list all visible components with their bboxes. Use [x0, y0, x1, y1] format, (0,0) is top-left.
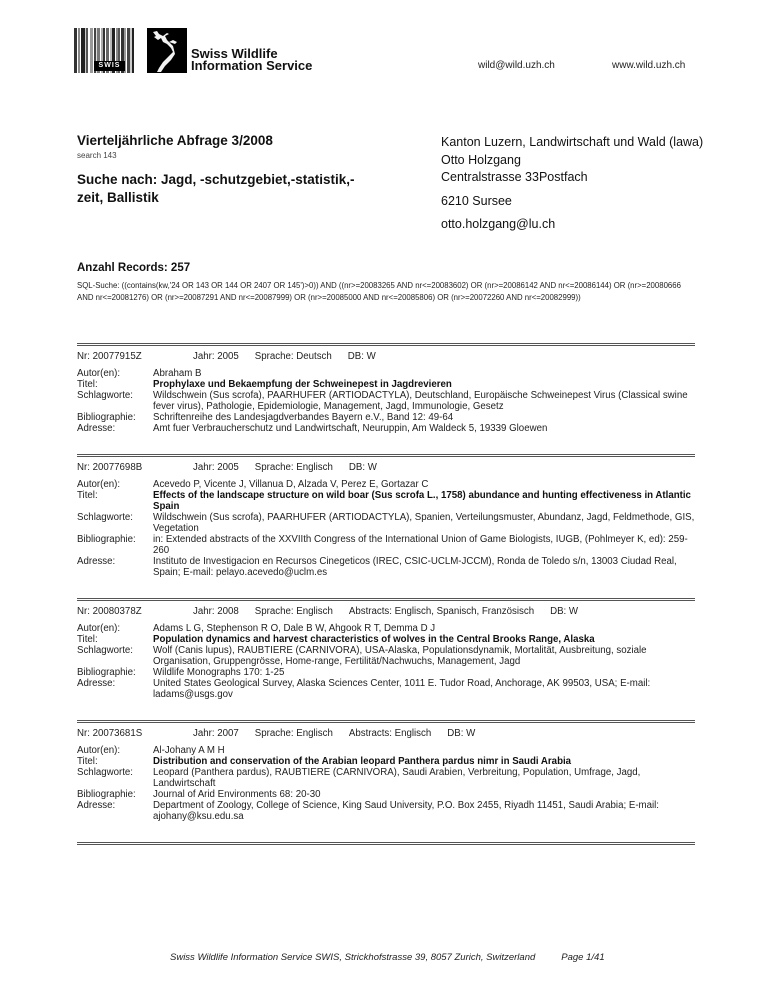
- record-authors: Acevedo P, Vicente J, Villanua D, Alzada…: [153, 479, 695, 490]
- record-number: Nr: 20080378Z: [77, 606, 177, 617]
- record-title-label: Titel:: [77, 756, 153, 767]
- record-bibliography: Wildlife Monographs 170: 1-25: [153, 667, 695, 678]
- record-header: Nr: 20077915ZJahr: 2005Sprache: DeutschD…: [77, 350, 695, 363]
- recipient-email[interactable]: otto.holzgang@lu.ch: [441, 216, 703, 234]
- record-title-row: Titel:Prophylaxe und Bekaempfung der Sch…: [77, 379, 695, 390]
- record-db: DB: W: [349, 462, 377, 473]
- record-address: United States Geological Survey, Alaska …: [153, 678, 695, 700]
- record-title-row: Titel:Distribution and conservation of t…: [77, 756, 695, 767]
- record-authors-row: Autor(en):Al-Johany A M H: [77, 745, 695, 756]
- page-footer: Swiss Wildlife Information Service SWIS,…: [170, 952, 605, 963]
- record-bibliography-row: Bibliographie:Journal of Arid Environmen…: [77, 789, 695, 800]
- record-entry: Nr: 20073681SJahr: 2007Sprache: Englisch…: [77, 720, 695, 842]
- record-keywords: Wildschwein (Sus scrofa), PAARHUFER (ART…: [153, 390, 695, 412]
- record-language: Sprache: Englisch: [255, 606, 333, 617]
- record-keywords: Wolf (Canis lupus), RAUBTIERE (CARNIVORA…: [153, 645, 695, 667]
- record-number: Nr: 20073681S: [77, 728, 177, 739]
- record-authors-label: Autor(en):: [77, 745, 153, 756]
- record-header: Nr: 20080378ZJahr: 2008Sprache: Englisch…: [77, 605, 695, 618]
- record-bibliography: in: Extended abstracts of the XXVIIth Co…: [153, 534, 695, 556]
- record-address-label: Adresse:: [77, 423, 153, 434]
- recipient-organization: Kanton Luzern, Landwirtschaft und Wald (…: [441, 134, 703, 152]
- record-authors: Adams L G, Stephenson R O, Dale B W, Ahg…: [153, 623, 695, 634]
- record-language: Sprache: Englisch: [255, 462, 333, 473]
- record-address-label: Adresse:: [77, 556, 153, 578]
- record-address-label: Adresse:: [77, 678, 153, 700]
- record-keywords-row: Schlagworte:Wildschwein (Sus scrofa), PA…: [77, 512, 695, 534]
- record-header: Nr: 20073681SJahr: 2007Sprache: Englisch…: [77, 727, 695, 740]
- records-end-divider: [77, 842, 695, 845]
- record-year: Jahr: 2008: [193, 606, 239, 617]
- recipient-city: 6210 Sursee: [441, 193, 703, 211]
- record-keywords-label: Schlagworte:: [77, 645, 153, 667]
- record-number: Nr: 20077698B: [77, 462, 177, 473]
- record-year: Jahr: 2005: [193, 351, 239, 362]
- record-language: Sprache: Deutsch: [255, 351, 332, 362]
- record-title: Distribution and conservation of the Ara…: [153, 756, 695, 767]
- record-keywords-label: Schlagworte:: [77, 512, 153, 534]
- query-subtitle: search 143: [77, 151, 117, 160]
- record-address-label: Adresse:: [77, 800, 153, 822]
- record-authors-label: Autor(en):: [77, 479, 153, 490]
- record-title-label: Titel:: [77, 490, 153, 512]
- record-db: DB: W: [348, 351, 376, 362]
- record-keywords-row: Schlagworte:Wildschwein (Sus scrofa), PA…: [77, 390, 695, 412]
- header-website-link[interactable]: www.wild.uzh.ch: [612, 60, 685, 71]
- record-title-label: Titel:: [77, 379, 153, 390]
- record-keywords-row: Schlagworte:Wolf (Canis lupus), RAUBTIER…: [77, 645, 695, 667]
- record-bibliography: Journal of Arid Environments 68: 20-30: [153, 789, 695, 800]
- record-authors-row: Autor(en):Abraham B: [77, 368, 695, 379]
- record-address-row: Adresse:United States Geological Survey,…: [77, 678, 695, 700]
- swis-tag: SWIS: [94, 61, 125, 71]
- record-authors-row: Autor(en):Adams L G, Stephenson R O, Dal…: [77, 623, 695, 634]
- footer-address: Swiss Wildlife Information Service SWIS,…: [170, 952, 535, 963]
- record-title: Prophylaxe und Bekaempfung der Schweinep…: [153, 379, 695, 390]
- record-address: Amt fuer Verbraucherschutz und Landwirts…: [153, 423, 695, 434]
- record-authors-label: Autor(en):: [77, 368, 153, 379]
- barcode-logo-icon: SWIS: [74, 28, 144, 73]
- record-language: Sprache: Englisch: [255, 728, 333, 739]
- record-title-row: Titel:Effects of the landscape structure…: [77, 490, 695, 512]
- record-year: Jahr: 2007: [193, 728, 239, 739]
- record-authors-row: Autor(en):Acevedo P, Vicente J, Villanua…: [77, 479, 695, 490]
- record-title: Effects of the landscape structure on wi…: [153, 490, 695, 512]
- record-bibliography-label: Bibliographie:: [77, 534, 153, 556]
- record-entry: Nr: 20077915ZJahr: 2005Sprache: DeutschD…: [77, 343, 695, 454]
- record-header: Nr: 20077698BJahr: 2005Sprache: Englisch…: [77, 461, 695, 474]
- record-authors: Al-Johany A M H: [153, 745, 695, 756]
- recipient-name: Otto Holzgang: [441, 152, 703, 170]
- record-year: Jahr: 2005: [193, 462, 239, 473]
- record-keywords-label: Schlagworte:: [77, 767, 153, 789]
- recipient-address: Kanton Luzern, Landwirtschaft und Wald (…: [441, 134, 703, 234]
- record-keywords: Wildschwein (Sus scrofa), PAARHUFER (ART…: [153, 512, 695, 534]
- record-authors: Abraham B: [153, 368, 695, 379]
- record-title-label: Titel:: [77, 634, 153, 645]
- record-bibliography-label: Bibliographie:: [77, 789, 153, 800]
- record-abstracts: Abstracts: Englisch: [349, 728, 431, 739]
- recipient-street: Centralstrasse 33Postfach: [441, 169, 703, 187]
- record-keywords-row: Schlagworte:Leopard (Panthera pardus), R…: [77, 767, 695, 789]
- record-entry: Nr: 20080378ZJahr: 2008Sprache: Englisch…: [77, 598, 695, 720]
- record-address-row: Adresse:Department of Zoology, College o…: [77, 800, 695, 822]
- record-db: DB: W: [447, 728, 475, 739]
- record-title-row: Titel:Population dynamics and harvest ch…: [77, 634, 695, 645]
- record-bibliography: Schriftenreihe des Landesjagdverbandes B…: [153, 412, 695, 423]
- record-bibliography-label: Bibliographie:: [77, 412, 153, 423]
- record-bibliography-row: Bibliographie:Schriftenreihe des Landesj…: [77, 412, 695, 423]
- record-address: Department of Zoology, College of Scienc…: [153, 800, 695, 822]
- record-abstracts: Abstracts: Englisch, Spanisch, Französis…: [349, 606, 534, 617]
- record-keywords: Leopard (Panthera pardus), RAUBTIERE (CA…: [153, 767, 695, 789]
- record-entry: Nr: 20077698BJahr: 2005Sprache: Englisch…: [77, 454, 695, 598]
- record-bibliography-row: Bibliographie:Wildlife Monographs 170: 1…: [77, 667, 695, 678]
- page-number: Page 1/41: [561, 952, 604, 963]
- record-authors-label: Autor(en):: [77, 623, 153, 634]
- org-name: Swiss Wildlife Information Service: [191, 48, 312, 73]
- record-address-row: Adresse:Amt fuer Verbraucherschutz und L…: [77, 423, 695, 434]
- record-address-row: Adresse:Instituto de Investigacion en Re…: [77, 556, 695, 578]
- record-count: Anzahl Records: 257: [77, 262, 190, 274]
- record-number: Nr: 20077915Z: [77, 351, 177, 362]
- header-email-link[interactable]: wild@wild.uzh.ch: [478, 60, 555, 71]
- query-title: Vierteljährliche Abfrage 3/2008: [77, 133, 273, 148]
- search-terms: Suche nach: Jagd, -schutzgebiet,-statist…: [77, 171, 367, 207]
- record-db: DB: W: [550, 606, 578, 617]
- deer-icon: [147, 28, 187, 73]
- sql-query: SQL-Suche: ((contains(kw,'24 OR 143 OR 1…: [77, 280, 697, 304]
- record-title: Population dynamics and harvest characte…: [153, 634, 695, 645]
- swis-logo: SWIS Swiss Wildlife Information Service: [74, 28, 312, 73]
- record-keywords-label: Schlagworte:: [77, 390, 153, 412]
- record-address: Instituto de Investigacion en Recursos C…: [153, 556, 695, 578]
- record-list: Nr: 20077915ZJahr: 2005Sprache: DeutschD…: [77, 343, 695, 845]
- record-bibliography-row: Bibliographie:in: Extended abstracts of …: [77, 534, 695, 556]
- record-bibliography-label: Bibliographie:: [77, 667, 153, 678]
